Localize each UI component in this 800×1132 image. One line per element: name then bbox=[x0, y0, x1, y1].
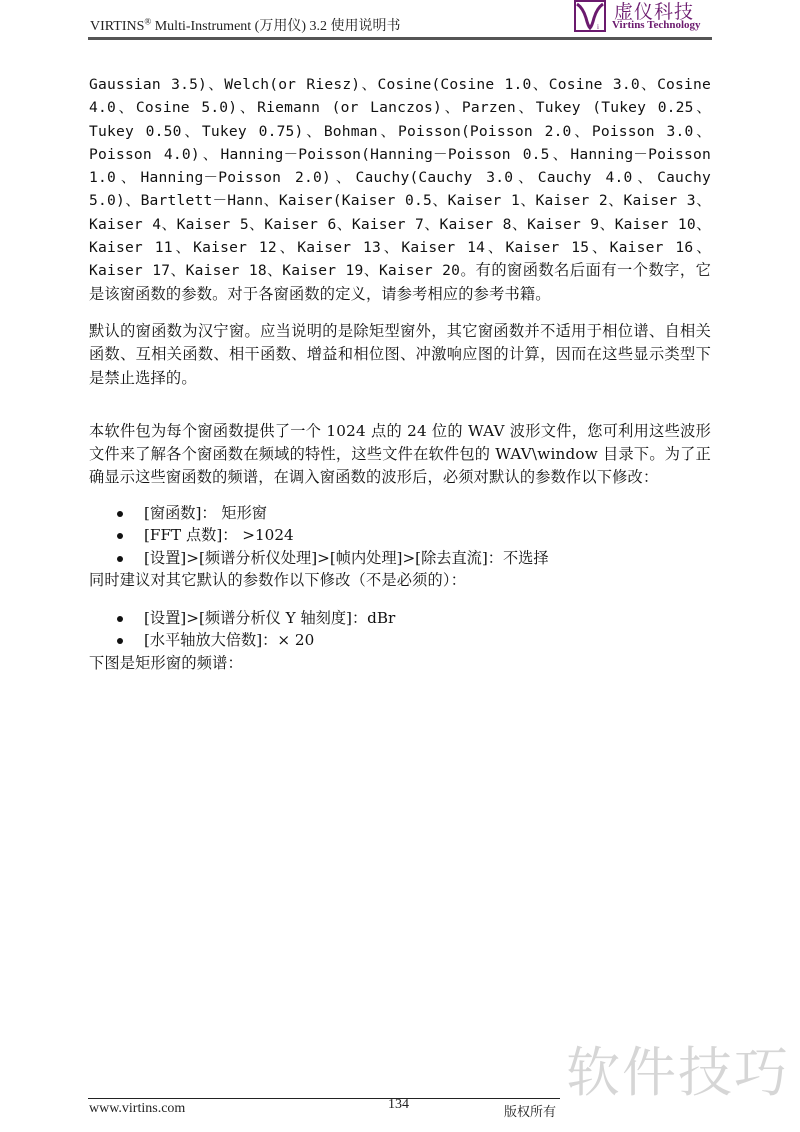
wav-files-paragraph: 本软件包为每个窗函数提供了一个 1024 点的 24 位的 WAV 波形文件，您… bbox=[89, 420, 711, 490]
list-item: [FFT 点数]： >1024 bbox=[89, 524, 711, 547]
watermark-text: 软件技巧 bbox=[566, 1030, 790, 1107]
required-settings-list: [窗函数]： 矩形窗 [FFT 点数]： >1024 [设置]>[频谱分析仪处理… bbox=[89, 502, 711, 570]
list-item: [窗函数]： 矩形窗 bbox=[89, 502, 711, 525]
page-content: Gaussian 3.5)、Welch(or Riesz)、Cosine(Cos… bbox=[89, 73, 711, 675]
virtins-logo: i 虚仪科技 Virtins Technology bbox=[574, 0, 714, 34]
page-number: 134 bbox=[388, 1097, 409, 1113]
default-window-paragraph: 默认的窗函数为汉宁窗。应当说明的是除矩型窗外，其它窗函数并不适用于相位谱、自相关… bbox=[89, 320, 711, 390]
window-functions-paragraph: Gaussian 3.5)、Welch(or Riesz)、Cosine(Cos… bbox=[89, 73, 711, 306]
header-divider bbox=[88, 37, 712, 40]
document-title: VIRTINS® Multi-Instrument (万用仪) 3.2 使用说明… bbox=[90, 15, 401, 35]
logo-english-text: Virtins Technology bbox=[612, 19, 701, 31]
footer-divider bbox=[88, 1098, 560, 1099]
svg-text:i: i bbox=[597, 23, 599, 31]
virtins-logo-icon: i bbox=[574, 0, 606, 32]
copyright-notice: 版权所有 bbox=[504, 1101, 556, 1120]
figure-intro-paragraph: 下图是矩形窗的频谱： bbox=[89, 652, 711, 675]
optional-settings-list: [设置]>[频谱分析仪 Y 轴刻度]：dBr [水平轴放大倍数]：× 20 bbox=[89, 607, 711, 652]
list-item: [设置]>[频谱分析仪 Y 轴刻度]：dBr bbox=[89, 607, 711, 630]
footer-website-link[interactable]: www.virtins.com bbox=[89, 1101, 185, 1117]
brand-name: VIRTINS bbox=[90, 19, 144, 34]
document-title-rest: Multi-Instrument (万用仪) 3.2 使用说明书 bbox=[151, 19, 400, 34]
suggestion-paragraph: 同时建议对其它默认的参数作以下修改（不是必须的）： bbox=[89, 569, 711, 592]
window-functions-list: Gaussian 3.5)、Welch(or Riesz)、Cosine(Cos… bbox=[89, 76, 711, 279]
list-item: [水平轴放大倍数]：× 20 bbox=[89, 629, 711, 652]
list-item: [设置]>[频谱分析仪处理]>[帧内处理]>[除去直流]：不选择 bbox=[89, 547, 711, 570]
page-header: VIRTINS® Multi-Instrument (万用仪) 3.2 使用说明… bbox=[88, 0, 712, 40]
